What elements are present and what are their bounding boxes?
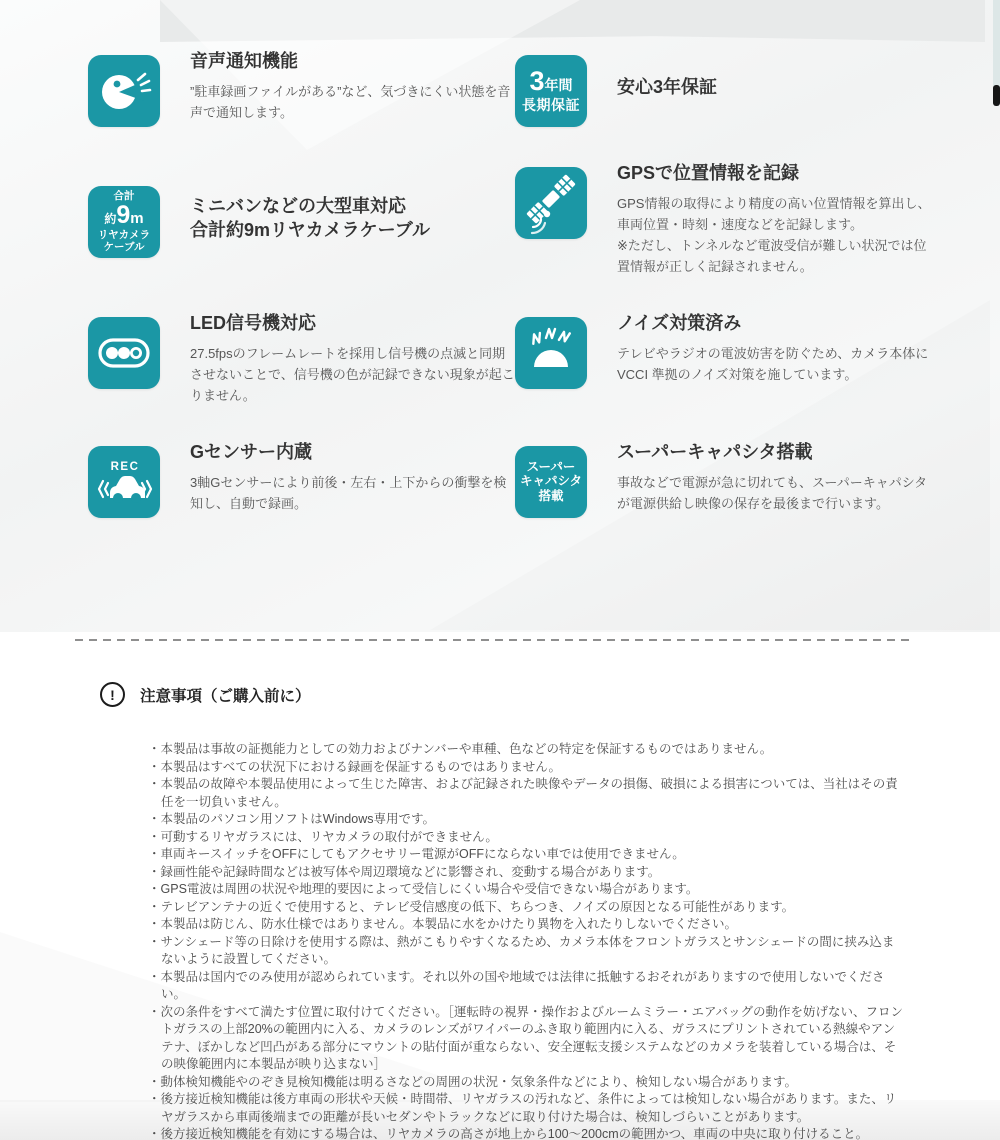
feature-title-line1: ミニバンなどの大型車対応 xyxy=(190,195,430,219)
supercapacitor-badge-icon: スーパー キャパシタ 搭載 xyxy=(515,446,587,518)
dashed-divider xyxy=(75,639,911,641)
notice-item: 録画性能や記録時間などは被写体や周辺環境などに影響され、変動する場合があります。 xyxy=(148,864,905,882)
notice-item: 本製品の故障や本製品使用によって生じた障害、および記録された映像やデータの損傷、… xyxy=(148,776,905,811)
feature-description: GPS情報の取得により精度の高い位置情報を算出し、車両位置・時刻・速度などを記録… xyxy=(617,193,933,277)
notice-item: テレビアンテナの近くで使用すると、テレビ受信感度の低下、ちらつき、ノイズの原因と… xyxy=(148,899,905,917)
feature-description: 27.5fpsのフレームレートを採用し信号機の点滅と同期させないことで、信号機の… xyxy=(190,343,515,406)
feature-noise-countermeasure: ノイズ対策済み テレビやラジオの電波妨害を防ぐため、カメラ本体にVCCI 準拠の… xyxy=(515,317,933,406)
notice-item: 後方接近検知機能は後方車両の形状や天候・時間帯、リヤガラスの汚れなど、条件によっ… xyxy=(148,1091,905,1126)
g-sensor-icon: REC xyxy=(88,446,160,518)
notice-item: GPS電波は周囲の状況や地理的要因によって受信しにくい場合や受信できない場合があ… xyxy=(148,881,905,899)
voice-icon xyxy=(88,55,160,127)
feature-grid: 音声通知機能 ”駐車録画ファイルがある”など、気づきにくい状態を音声で通知します… xyxy=(88,55,933,518)
gps-satellite-icon xyxy=(515,167,587,239)
feature-title: スーパーキャパシタ搭載 xyxy=(617,441,933,465)
feature-supercapacitor: スーパー キャパシタ 搭載 スーパーキャパシタ搭載 事故などで電源が急に切れても… xyxy=(515,446,933,518)
feature-g-sensor: REC Gセンサー内蔵 3軸Gセンサーにより前後・左右・上下からの衝撃を検知し、… xyxy=(88,446,515,518)
notice-item: 後方接近検知機能を有効にする場合は、リヤカメラの高さが地上から100～200cm… xyxy=(148,1126,905,1140)
exclamation-icon: ! xyxy=(100,682,125,707)
feature-gps-logging: GPSで位置情報を記録 GPS情報の取得により精度の高い位置情報を算出し、車両位… xyxy=(515,167,933,277)
rear-camera-cable-badge-icon: 合計 約9m リヤカメラ ケーブル xyxy=(88,186,160,258)
led-signal-icon xyxy=(88,317,160,389)
feature-title: 音声通知機能 xyxy=(190,50,515,74)
notice-item: 本製品のパソコン用ソフトはWindows専用です。 xyxy=(148,811,905,829)
notice-item: 次の条件をすべて満たす位置に取付けてください。［運転時の視界・操作およびルームミ… xyxy=(148,1004,905,1074)
notice-item: 可動するリヤガラスには、リヤカメラの取付ができません。 xyxy=(148,829,905,847)
warranty-3year-badge-icon: 3年間 長期保証 xyxy=(515,55,587,127)
notice-item: サンシェード等の日除けを使用する際は、熱がこもりやすくなるため、カメラ本体をフロ… xyxy=(148,934,905,969)
noise-shield-icon xyxy=(515,317,587,389)
feature-description: 3軸Gセンサーにより前後・左右・上下からの衝撃を検知し、自動で録画。 xyxy=(190,472,515,514)
notice-list: 本製品は事故の証拠能力としての効力およびナンバーや車種、色などの特定を保証するも… xyxy=(148,741,905,1140)
notice-item: 本製品はすべての状況下における録画を保証するものではありません。 xyxy=(148,759,905,777)
scrollbar-thumb[interactable] xyxy=(993,85,1000,106)
notice-item: 本製品は国内でのみ使用が認められています。それ以外の国や地域では法律に抵触するお… xyxy=(148,969,905,1004)
feature-description: ”駐車録画ファイルがある”など、気づきにくい状態を音声で通知します。 xyxy=(190,81,515,123)
notice-item: 本製品は事故の証拠能力としての効力およびナンバーや車種、色などの特定を保証するも… xyxy=(148,741,905,759)
feature-title: LED信号機対応 xyxy=(190,312,515,336)
notice-item: 車両キースイッチをOFFにしてもアクセサリー電源がOFFにならない車では使用でき… xyxy=(148,846,905,864)
feature-title-line2: 合計約9mリヤカメラケーブル xyxy=(190,219,430,243)
svg-text:REC: REC xyxy=(111,461,140,473)
feature-title: 安心3年保証 xyxy=(617,76,717,100)
feature-title: Gセンサー内蔵 xyxy=(190,441,515,465)
notice-section: ! 注意事項（ご購入前に） 本製品は事故の証拠能力としての効力およびナンバーや車… xyxy=(100,682,910,1140)
feature-3year-warranty: 3年間 長期保証 安心3年保証 xyxy=(515,55,933,127)
feature-title: GPSで位置情報を記録 xyxy=(617,162,933,186)
feature-led-signal: LED信号機対応 27.5fpsのフレームレートを採用し信号機の点滅と同期させな… xyxy=(88,317,515,406)
notice-title: 注意事項（ご購入前に） xyxy=(140,684,311,706)
feature-title: ノイズ対策済み xyxy=(617,312,933,336)
feature-description: 事故などで電源が急に切れても、スーパーキャパシタが電源供給し映像の保存を最後まで… xyxy=(617,472,933,514)
feature-rear-camera-cable: 合計 約9m リヤカメラ ケーブル ミニバンなどの大型車対応 合計約9mリヤカメ… xyxy=(88,167,515,277)
feature-voice-notification: 音声通知機能 ”駐車録画ファイルがある”など、気づきにくい状態を音声で通知します… xyxy=(88,55,515,127)
feature-description: テレビやラジオの電波妨害を防ぐため、カメラ本体にVCCI 準拠のノイズ対策を施し… xyxy=(617,343,933,385)
notice-item: 本製品は防じん、防水仕様ではありません。本製品に水をかけたり異物を入れたりしない… xyxy=(148,916,905,934)
notice-item: 動体検知機能やのぞき見検知機能は明るさなどの周囲の状況・気象条件などにより、検知… xyxy=(148,1074,905,1092)
notice-header: ! 注意事項（ご購入前に） xyxy=(100,682,910,707)
